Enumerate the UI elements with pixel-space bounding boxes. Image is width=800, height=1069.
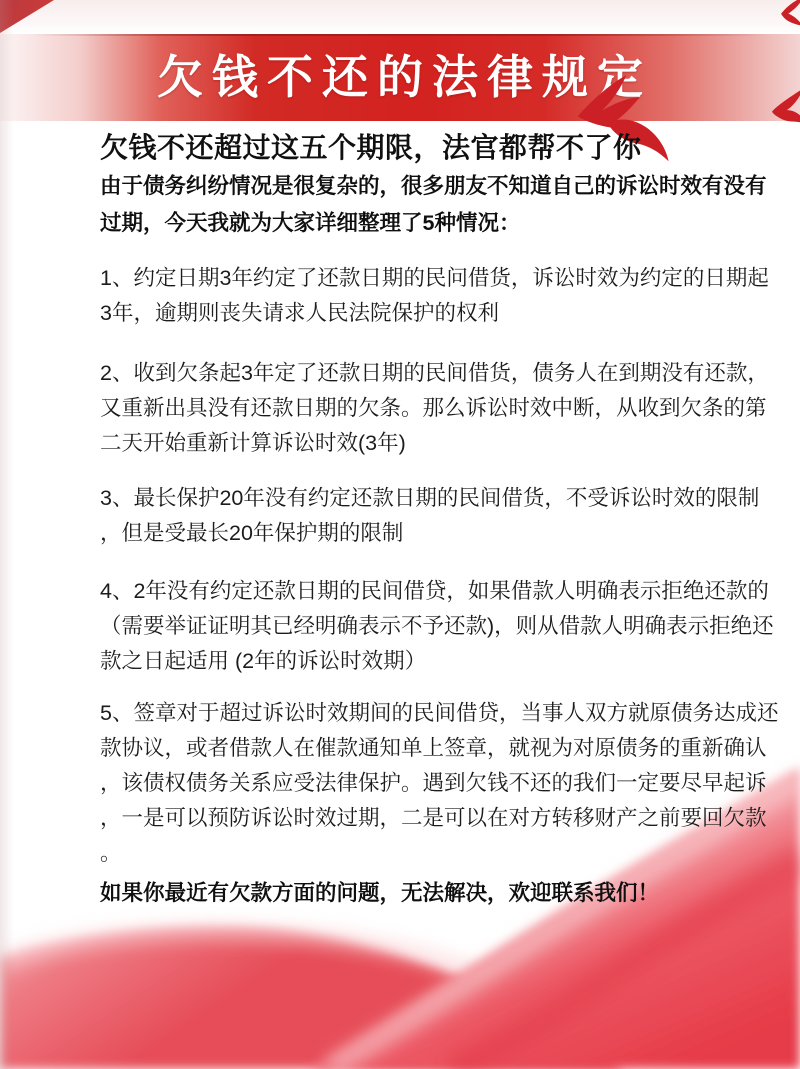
legal-point-3: 3、最长保护20年没有约定还款日期的民间借货，不受诉讼时效的限制 ，但是受最长2… [100, 481, 759, 551]
page-headline: 欠钱不还超过这五个期限，法官都帮不了你 [100, 126, 642, 166]
text-line: 。 [100, 836, 778, 871]
legal-point-1: 1、约定日期3年约定了还款日期的民问借货，诉讼时效为约定的日期起 3年，逾期则丧… [100, 261, 769, 331]
text-line: 3年，逾期则丧失请求人民法院保护的权利 [100, 296, 769, 331]
text-line: 4、2年没有约定还款日期的民间借贷，如果借款人明确表示拒绝还款的 [100, 574, 774, 609]
legal-point-4: 4、2年没有约定还款日期的民间借贷，如果借款人明确表示拒绝还款的 （需要举证证明… [100, 574, 774, 679]
text-line: （需要举证证明其已经明确表示不予还款)，则从借款人明确表示拒绝还 [100, 609, 774, 644]
legal-point-2: 2、收到欠条起3年定了还款日期的民间借货，债务人在到期没有还款， 又重新出具没有… [100, 356, 769, 461]
intro-paragraph: 由于债务纠纷情况是很复杂的，很多朋友不知道自己的诉讼时效有没有 过期，今天我就为… [100, 168, 767, 242]
bird-icon [770, 86, 800, 128]
left-edge-shadow [0, 0, 14, 1069]
text-line: 二天开始重新计算诉讼时效(3年) [100, 426, 769, 461]
text-line: 由于债务纠纷情况是很复杂的，很多朋友不知道自己的诉讼时效有没有 [100, 168, 767, 205]
text-line: 过期，今天我就为大家详细整理了5种情况： [100, 205, 767, 242]
text-line: 款之日起适用 (2年的诉讼时效期） [100, 644, 774, 679]
text-line: 又重新出具没有还款日期的欠条。那么诉讼时效中断，从收到欠条的第 [100, 391, 769, 426]
text-line: 1、约定日期3年约定了还款日期的民问借货，诉讼时效为约定的日期起 [100, 261, 769, 296]
poster-page: 欠钱不还的法律规定 欠钱不还超过这五个期限，法官都帮不了你 由于债务纠纷情况是很… [0, 0, 800, 1069]
text-line: 款协议，或者借款人在催款通知单上签章，就视为对原债务的重新确认 [100, 731, 778, 766]
text-line: ，一是可以预防诉讼时效过期，二是可以在对方转移财产之前要回欠款 [100, 801, 778, 836]
top-background-tint [0, 0, 800, 34]
contact-callout: 如果你最近有欠款方面的问题，无法解决，欢迎联系我们！ [100, 876, 659, 911]
bird-corner-icon [779, 0, 800, 26]
text-line: 2、收到欠条起3年定了还款日期的民间借货，债务人在到期没有还款， [100, 356, 769, 391]
text-line: 3、最长保护20年没有约定还款日期的民间借货，不受诉讼时效的限制 [100, 481, 759, 516]
text-line: 5、签章对于超过诉讼时效期间的民间借贷，当事人双方就原债务达成还 [100, 696, 778, 731]
text-line: ，但是受最长20年保护期的限制 [100, 516, 759, 551]
text-line: ，该债权债务关系应受法律保护。遇到欠钱不还的我们一定要尽早起诉 [100, 766, 778, 801]
legal-point-5: 5、签章对于超过诉讼时效期间的民间借贷，当事人双方就原债务达成还 款协议，或者借… [100, 696, 778, 871]
